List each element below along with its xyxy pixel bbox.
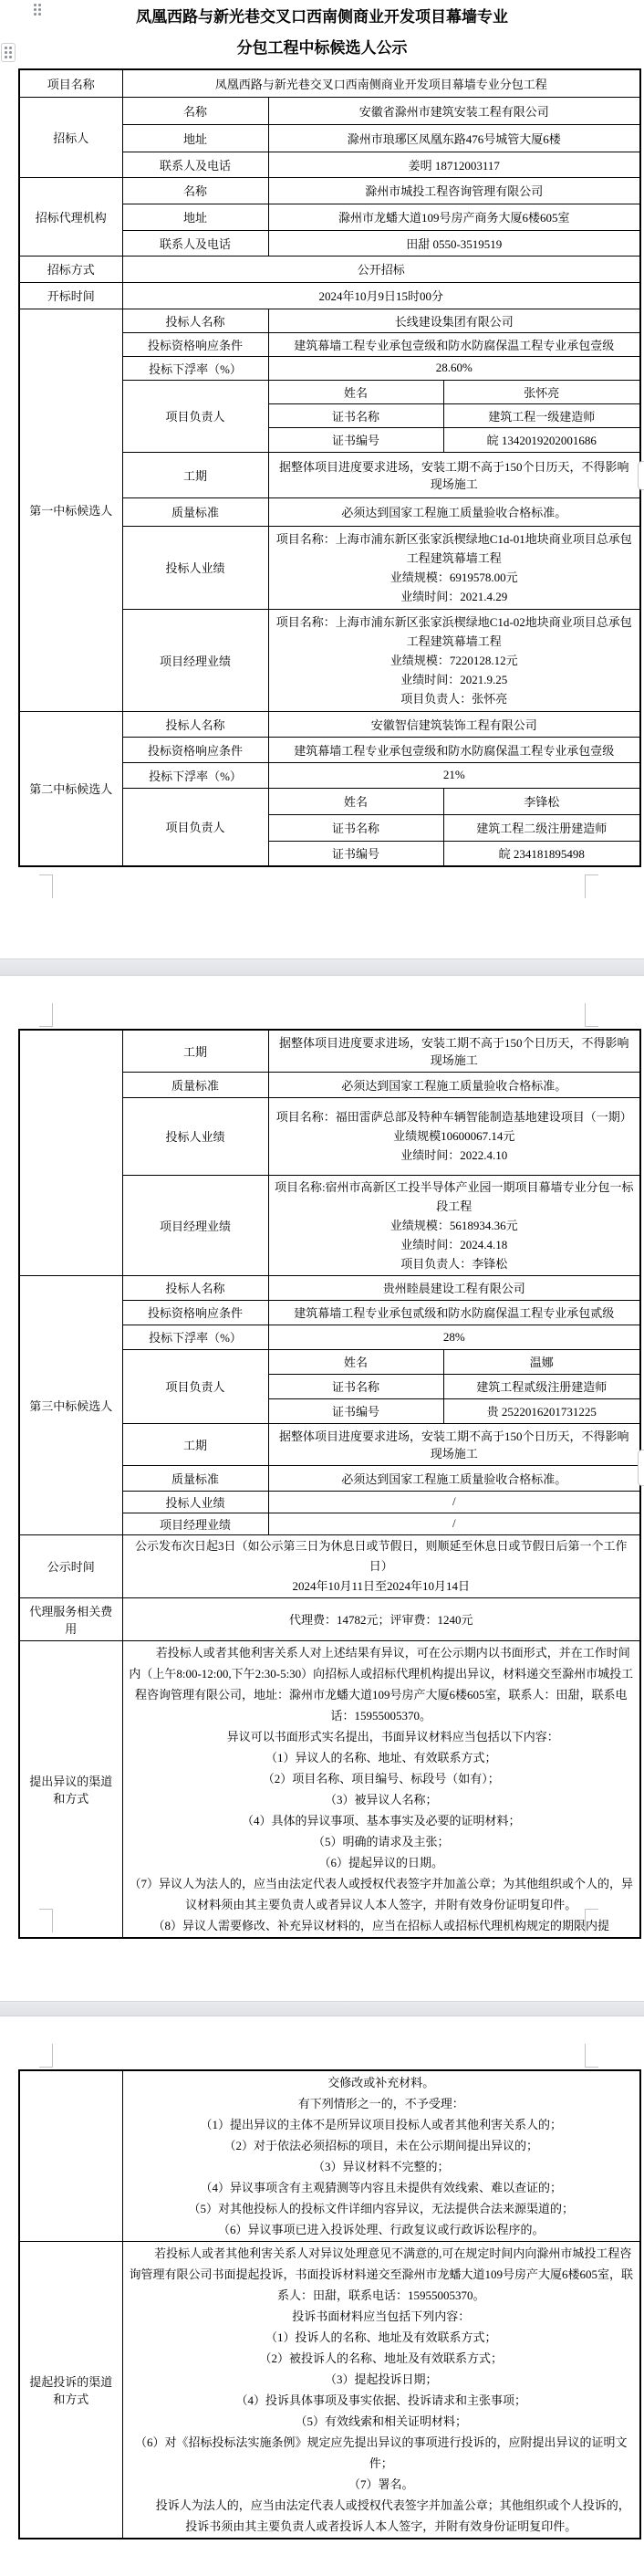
label-c3-bidder-performance: 投标人业绩 [122,1491,268,1513]
value-c2-duration: 据整体项目进度要求进场，安装工期不高于150个日历天，不得影响现场施工 [268,1030,640,1072]
margin-mark [586,1909,598,1910]
margin-mark [585,874,586,898]
value-complaint-channel: 若投标人或者其他利害关系人对异议处理意见不满意的,可在规定时间内向滁州市城投工程… [122,2242,640,2539]
value-c1-person-name: 张怀亮 [443,380,640,403]
label-c1-discount-rate: 投标下浮率（%） [122,356,268,380]
value-c1-duration: 据整体项目进度要求进场，安装工期不高于150个日历天，不得影响现场施工 [268,452,640,497]
label-candidate2-continued [19,1030,122,1275]
value-c1-qualification: 建筑幕墙工程专业承包壹级和防水防腐保温工程专业承包壹级 [268,332,640,356]
label-publicity-time: 公示时间 [19,1534,122,1597]
page-separator [0,2001,644,2016]
label-c3-person-name: 姓名 [268,1349,443,1374]
label-c2-quality: 质量标准 [122,1072,268,1097]
label-c3-leader: 项目负责人 [122,1349,268,1423]
label-c1-cert-name: 证书名称 [268,403,443,427]
label-c1-leader: 项目负责人 [122,380,268,452]
label-c2-discount-rate: 投标下浮率（%） [122,762,268,788]
value-c2-person-name: 李锋松 [443,788,640,814]
value-c3-qualification: 建筑幕墙工程专业承包贰级和防水防腐保温工程专业承包贰级 [268,1300,640,1325]
label-c1-cert-no: 证书编号 [268,427,443,452]
margin-mark [52,1003,53,1027]
margin-mark [39,1909,52,1910]
label-tenderer-contact: 联系人及电话 [122,152,268,177]
value-c1-discount-rate: 28.60% [268,356,640,380]
value-c3-cert-name: 建筑工程贰级注册建造师 [443,1374,640,1398]
label-c3-cert-name: 证书名称 [268,1374,443,1398]
side-toolbar-button[interactable] [638,461,644,490]
label-agency-name: 名称 [122,177,268,204]
page-separator [0,958,644,976]
label-c2-qualification: 投标资格响应条件 [122,737,268,762]
label-c2-leader: 项目负责人 [122,788,268,866]
margin-mark [586,874,598,875]
label-agency-contact: 联系人及电话 [122,230,268,256]
value-objection-channel: 若投标人或者其他利害关系人对上述结果有异议，可在公示期内以书面形式，并在工作时间… [122,1640,640,1938]
label-c1-bidder-performance: 投标人业绩 [122,526,268,609]
label-c2-duration: 工期 [122,1030,268,1072]
margin-mark [586,1026,598,1027]
label-c1-manager-performance: 项目经理业绩 [122,609,268,711]
value-agency-name: 滁州市城投工程咨询管理有限公司 [268,177,640,204]
label-c3-qualification: 投标资格响应条件 [122,1300,268,1325]
label-c3-cert-no: 证书编号 [268,1398,443,1423]
label-c1-quality: 质量标准 [122,497,268,526]
label-c1-duration: 工期 [122,452,268,497]
label-c3-manager-performance: 项目经理业绩 [122,1513,268,1534]
margin-mark [585,1003,586,1027]
label-tenderer-name: 名称 [122,97,268,124]
value-c2-bidder-performance: 项目名称：福田雷萨总部及特种车辆智能制造基地建设项目（一期） 业绩规模10600… [268,1097,640,1175]
margin-mark [585,2044,586,2068]
label-objection-channel: 提出异议的渠道和方式 [19,1640,122,1938]
value-c1-bidder-performance: 项目名称：上海市浦东新区张家浜楔绿地C1d-01地块商业项目总承包工程建筑幕墙工… [268,526,640,609]
value-c3-bidder-performance: / [268,1491,640,1513]
value-c3-cert-no: 贵 2522016201731225 [443,1398,640,1423]
margin-mark [52,874,53,898]
label-c2-person-name: 姓名 [268,788,443,814]
value-c3-quality: 必须达到国家工程施工质量验收合格标准。 [268,1465,640,1491]
value-tender-method: 公开招标 [122,256,640,282]
value-c3-discount-rate: 28% [268,1325,640,1349]
bid-announcement-table-page3: 交修改或补充材料。 有下列情形之一的，不予受理： （1）提出异议的主体不是所异议… [18,2069,641,2539]
value-c2-bidder-name: 安徽智信建筑装饰工程有限公司 [268,711,640,737]
value-agency-fee: 代理费：14782元；评审费：1240元 [122,1597,640,1640]
margin-mark [39,2067,52,2068]
label-agency-fee: 代理服务相关费用 [19,1597,122,1640]
value-c1-cert-name: 建筑工程一级建造师 [443,403,640,427]
value-c2-discount-rate: 21% [268,762,640,788]
value-project-name: 凤凰西路与新光巷交叉口西南侧商业开发项目幕墙专业分包工程 [122,69,640,97]
label-project-name: 项目名称 [19,69,122,97]
label-c1-person-name: 姓名 [268,380,443,403]
label-agency-address: 地址 [122,204,268,230]
label-candidate1: 第一中标候选人 [19,309,122,711]
bid-announcement-table-page2: 工期 据整体项目进度要求进场，安装工期不高于150个日历天，不得影响现场施工 质… [18,1029,641,1939]
value-c2-qualification: 建筑幕墙工程专业承包壹级和防水防腐保温工程专业承包壹级 [268,737,640,762]
label-complaint-channel: 提起投诉的渠道和方式 [19,2242,122,2539]
label-c3-discount-rate: 投标下浮率（%） [122,1325,268,1349]
label-candidate2: 第二中标候选人 [19,711,122,866]
title-line-1: 凤凰西路与新光巷交叉口西南侧商业开发项目幕墙专业 [136,8,508,26]
value-c1-bidder-name: 长线建设集团有限公司 [268,309,640,332]
value-bid-opening-time: 2024年10月9日15时00分 [122,282,640,309]
margin-mark [586,2067,598,2068]
side-toolbar-button[interactable] [638,1450,644,1486]
label-c2-bidder-performance: 投标人业绩 [122,1097,268,1175]
value-c1-cert-no: 皖 1342019202001686 [443,427,640,452]
value-objection-continued: 交修改或补充材料。 有下列情形之一的，不予受理： （1）提出异议的主体不是所异议… [122,2070,640,2242]
label-tenderer: 招标人 [19,97,122,177]
value-c1-manager-performance: 项目名称：上海市浦东新区张家浜楔绿地C1d-02地块商业项目总承包工程建筑幕墙工… [268,609,640,711]
margin-mark [52,2044,53,2068]
label-c2-manager-performance: 项目经理业绩 [122,1175,268,1275]
margin-mark [39,1026,52,1027]
value-agency-address: 滁州市龙蟠大道109号房产商务大厦6楼605室 [268,204,640,230]
label-objection-continued [19,2070,122,2242]
value-c3-bidder-name: 贵州睦晨建设工程有限公司 [268,1275,640,1300]
label-c3-duration: 工期 [122,1423,268,1465]
value-c3-manager-performance: / [268,1513,640,1534]
margin-mark [585,1909,586,1932]
document-canvas: 凤凰西路与新光巷交叉口西南侧商业开发项目幕墙专业分包工程中标候选人公示 项目名称… [0,0,644,2576]
label-c3-quality: 质量标准 [122,1465,268,1491]
label-tenderer-address: 地址 [122,124,268,152]
margin-mark [52,1909,53,1932]
value-c2-manager-performance: 项目名称:宿州市高新区工投半导体产业园一期项目幕墙专业分包一标段工程 业绩规模：… [268,1175,640,1275]
label-c2-cert-no: 证书编号 [268,841,443,866]
label-candidate3: 第三中标候选人 [19,1275,122,1534]
bid-announcement-table-page1: 项目名称 凤凰西路与新光巷交叉口西南侧商业开发项目幕墙专业分包工程 招标人 名称… [18,68,641,867]
value-c2-cert-no: 皖 234181895498 [443,841,640,866]
value-publicity-time: 公示发布次日起3日（如公示第三日为休息日或节假日，则顺延至休息日或节假日后第一个… [122,1534,640,1597]
label-c1-bidder-name: 投标人名称 [122,309,268,332]
value-c2-cert-name: 建筑工程二级注册建造师 [443,814,640,841]
value-agency-contact: 田甜 0550-3519519 [268,230,640,256]
title-line-2: 分包工程中标候选人公示 [237,39,408,57]
label-bid-opening-time: 开标时间 [19,282,122,309]
value-c2-quality: 必须达到国家工程施工质量验收合格标准。 [268,1072,640,1097]
label-tender-method: 招标方式 [19,256,122,282]
label-c1-qualification: 投标资格响应条件 [122,332,268,356]
value-c1-quality: 必须达到国家工程施工质量验收合格标准。 [268,497,640,526]
margin-mark [39,874,52,875]
page-title: 凤凰西路与新光巷交叉口西南侧商业开发项目幕墙专业分包工程中标候选人公示 [0,2,644,64]
value-tenderer-address: 滁州市琅琊区凤凰东路476号城管大厦6楼 [268,124,640,152]
label-agency: 招标代理机构 [19,177,122,256]
label-c2-cert-name: 证书名称 [268,814,443,841]
label-c3-bidder-name: 投标人名称 [122,1275,268,1300]
value-tenderer-contact: 姜明 18712003117 [268,152,640,177]
label-c2-bidder-name: 投标人名称 [122,711,268,737]
value-c3-duration: 据整体项目进度要求进场，安装工期不高于150个日历天，不得影响现场施工 [268,1423,640,1465]
value-c3-person-name: 温娜 [443,1349,640,1374]
value-tenderer-name: 安徽省滁州市建筑安装工程有限公司 [268,97,640,124]
